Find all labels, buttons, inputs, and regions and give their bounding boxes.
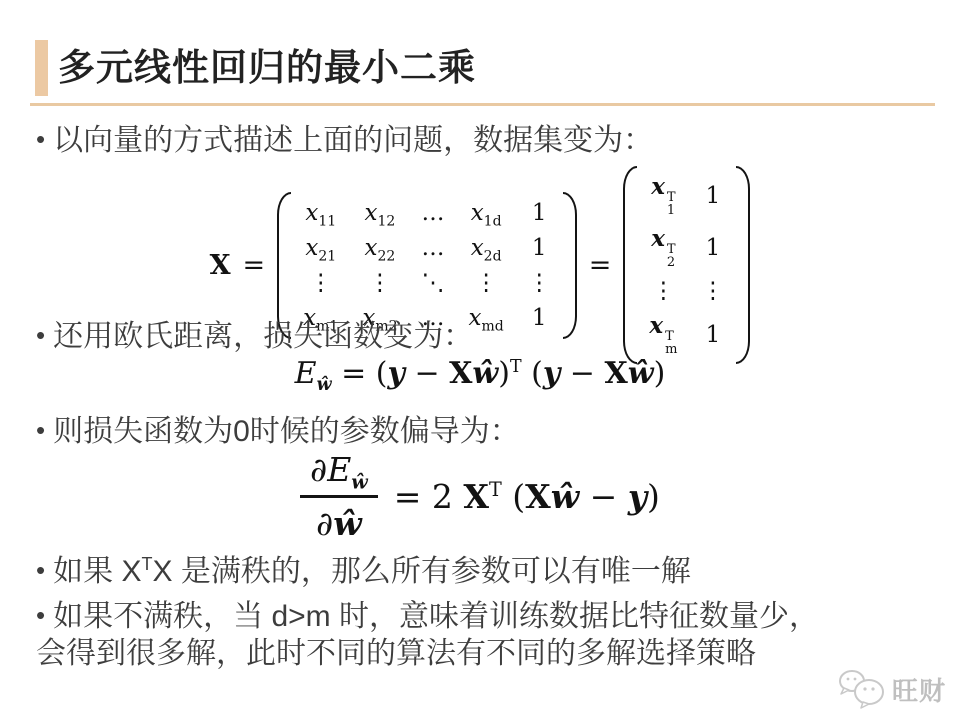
matrix-cell: x21	[305, 235, 336, 261]
bullet-text: 如果 XTX 是满秩的，那么所有参数可以有唯一解	[53, 555, 691, 588]
text-segment: E	[327, 450, 351, 489]
text-segment: X	[525, 477, 551, 516]
text-segment: X 是满秩的，那么所有参数可以有唯一解	[152, 555, 690, 588]
text-segment: ŵ	[317, 375, 332, 395]
bullet-partial-derivative: •则损失函数为0时候的参数偏导为：	[36, 412, 940, 450]
matrix-cell: 1	[706, 183, 721, 209]
chat-bubbles-icon	[836, 668, 888, 710]
matrix-cell: ⋮	[528, 270, 551, 296]
bullet-text: 还用欧氏距离，损失函数变为：	[53, 320, 473, 353]
text-segment: 还用欧氏距离，损失函数变为：	[53, 320, 473, 353]
matrix-cell: xT1	[651, 174, 675, 217]
loss-equation: Eŵ = (y − Xŵ)T (y − Xŵ)	[295, 356, 666, 391]
text-segment: 如果不满秩，当 d>m 时，意味着训练数据比特征数量少，	[53, 600, 819, 633]
text-segment: 则损失函数为0时候的参数偏导为：	[53, 415, 520, 448]
matrix-cell: ⋮	[652, 278, 675, 304]
text-segment: −	[579, 477, 628, 516]
text-segment: X	[604, 356, 627, 391]
text-segment: T	[510, 357, 522, 377]
text-segment: )	[498, 356, 510, 391]
text-segment: ∂	[316, 504, 333, 543]
formula-loss-function: Eŵ = (y − Xŵ)T (y − Xŵ)	[0, 356, 960, 391]
text-segment: T	[489, 478, 502, 501]
text-segment: −	[405, 356, 449, 391]
text-segment: X	[463, 477, 489, 516]
bullet-vector-dataset: •以向量的方式描述上面的问题，数据集变为：	[36, 121, 940, 159]
bullet-marker: •	[36, 555, 45, 585]
matrix-cell: ⋮	[309, 270, 332, 296]
formula-derivative: ∂Eŵ ∂ŵ = 2 XT (Xŵ − y)	[0, 450, 960, 543]
title-block: 多元线性回归的最小二乘	[35, 40, 476, 96]
matrix-cell: x22	[365, 235, 396, 261]
bullet-marker: •	[36, 124, 45, 154]
matrix-cell: x1d	[471, 200, 502, 226]
text-segment: )	[654, 356, 666, 391]
bullet-marker: •	[36, 320, 45, 350]
text-segment: ŵ	[472, 356, 498, 391]
derivative-rhs: = 2 XT (Xŵ − y)	[394, 477, 660, 516]
matrix-cell: x11	[305, 200, 336, 226]
text-segment: 会得到很多解，此时不同的算法有不同的多解选择策略	[36, 637, 756, 670]
bullet-text: 以向量的方式描述上面的问题，数据集变为：	[53, 124, 653, 157]
matrix-cell: ⋱	[422, 270, 445, 296]
matrix-cell: x2d	[471, 235, 502, 261]
text-segment: X	[449, 356, 472, 391]
matrix-cell: ⋮	[701, 278, 724, 304]
page-title: 多元线性回归的最小二乘	[58, 40, 476, 96]
fraction-denominator: ∂ŵ	[316, 498, 362, 543]
title-accent-bar	[35, 40, 48, 96]
matrix-cell: …	[422, 235, 445, 261]
text-segment: (	[502, 477, 525, 516]
matrix-cell: …	[422, 200, 445, 226]
fraction-numerator: ∂Eŵ	[300, 450, 378, 498]
text-segment: ŵ	[551, 477, 579, 516]
equals-sign: =	[589, 250, 612, 281]
text-segment: ŵ	[628, 356, 654, 391]
text-segment: = 2	[394, 477, 464, 516]
fraction: ∂Eŵ ∂ŵ	[300, 450, 378, 543]
text-segment: ŵ	[333, 504, 361, 543]
text-segment: (	[522, 356, 543, 391]
text-segment: 以向量的方式描述上面的问题，数据集变为：	[53, 124, 653, 157]
text-segment: T	[141, 554, 152, 574]
math-symbol-X: X	[210, 250, 231, 281]
bullet-marker: •	[36, 415, 45, 445]
bullet-text: 则损失函数为0时候的参数偏导为：	[53, 415, 520, 448]
matrix-cell: ⋮	[368, 270, 391, 296]
text-segment: ŵ	[351, 471, 367, 494]
text-segment: )	[647, 477, 660, 516]
title-divider	[30, 103, 935, 106]
matrix-cell: ⋮	[475, 270, 498, 296]
equals-sign: =	[243, 250, 266, 281]
matrix-cell: 1	[532, 200, 547, 226]
watermark: 旺财	[836, 668, 946, 710]
bullet-marker: •	[36, 600, 45, 630]
bullet-euclidean-loss: •还用欧氏距离，损失函数变为：	[36, 317, 940, 355]
slide: 多元线性回归的最小二乘 •以向量的方式描述上面的问题，数据集变为： X = x1…	[0, 0, 960, 720]
text-segment: −	[560, 356, 604, 391]
text-segment: = (	[332, 356, 388, 391]
text-segment: E	[295, 356, 317, 391]
matrix-cell: 1	[532, 235, 547, 261]
matrix-cell: 1	[706, 235, 721, 261]
matrix-cell: x12	[365, 200, 396, 226]
bullet-text: 如果不满秩，当 d>m 时，意味着训练数据比特征数量少，会得到很多解，此时不同的…	[36, 600, 819, 670]
text-segment: ∂	[310, 450, 327, 489]
bullet-not-full-rank: •如果不满秩，当 d>m 时，意味着训练数据比特征数量少，会得到很多解，此时不同…	[36, 597, 940, 672]
text-segment: y	[628, 477, 647, 516]
matrix-cell: xT2	[651, 226, 675, 269]
text-segment: 如果 X	[53, 555, 141, 588]
text-segment: y	[387, 356, 404, 391]
text-segment: y	[543, 356, 560, 391]
watermark-label: 旺财	[892, 671, 946, 708]
bullet-full-rank: •如果 XTX 是满秩的，那么所有参数可以有唯一解	[36, 552, 940, 590]
